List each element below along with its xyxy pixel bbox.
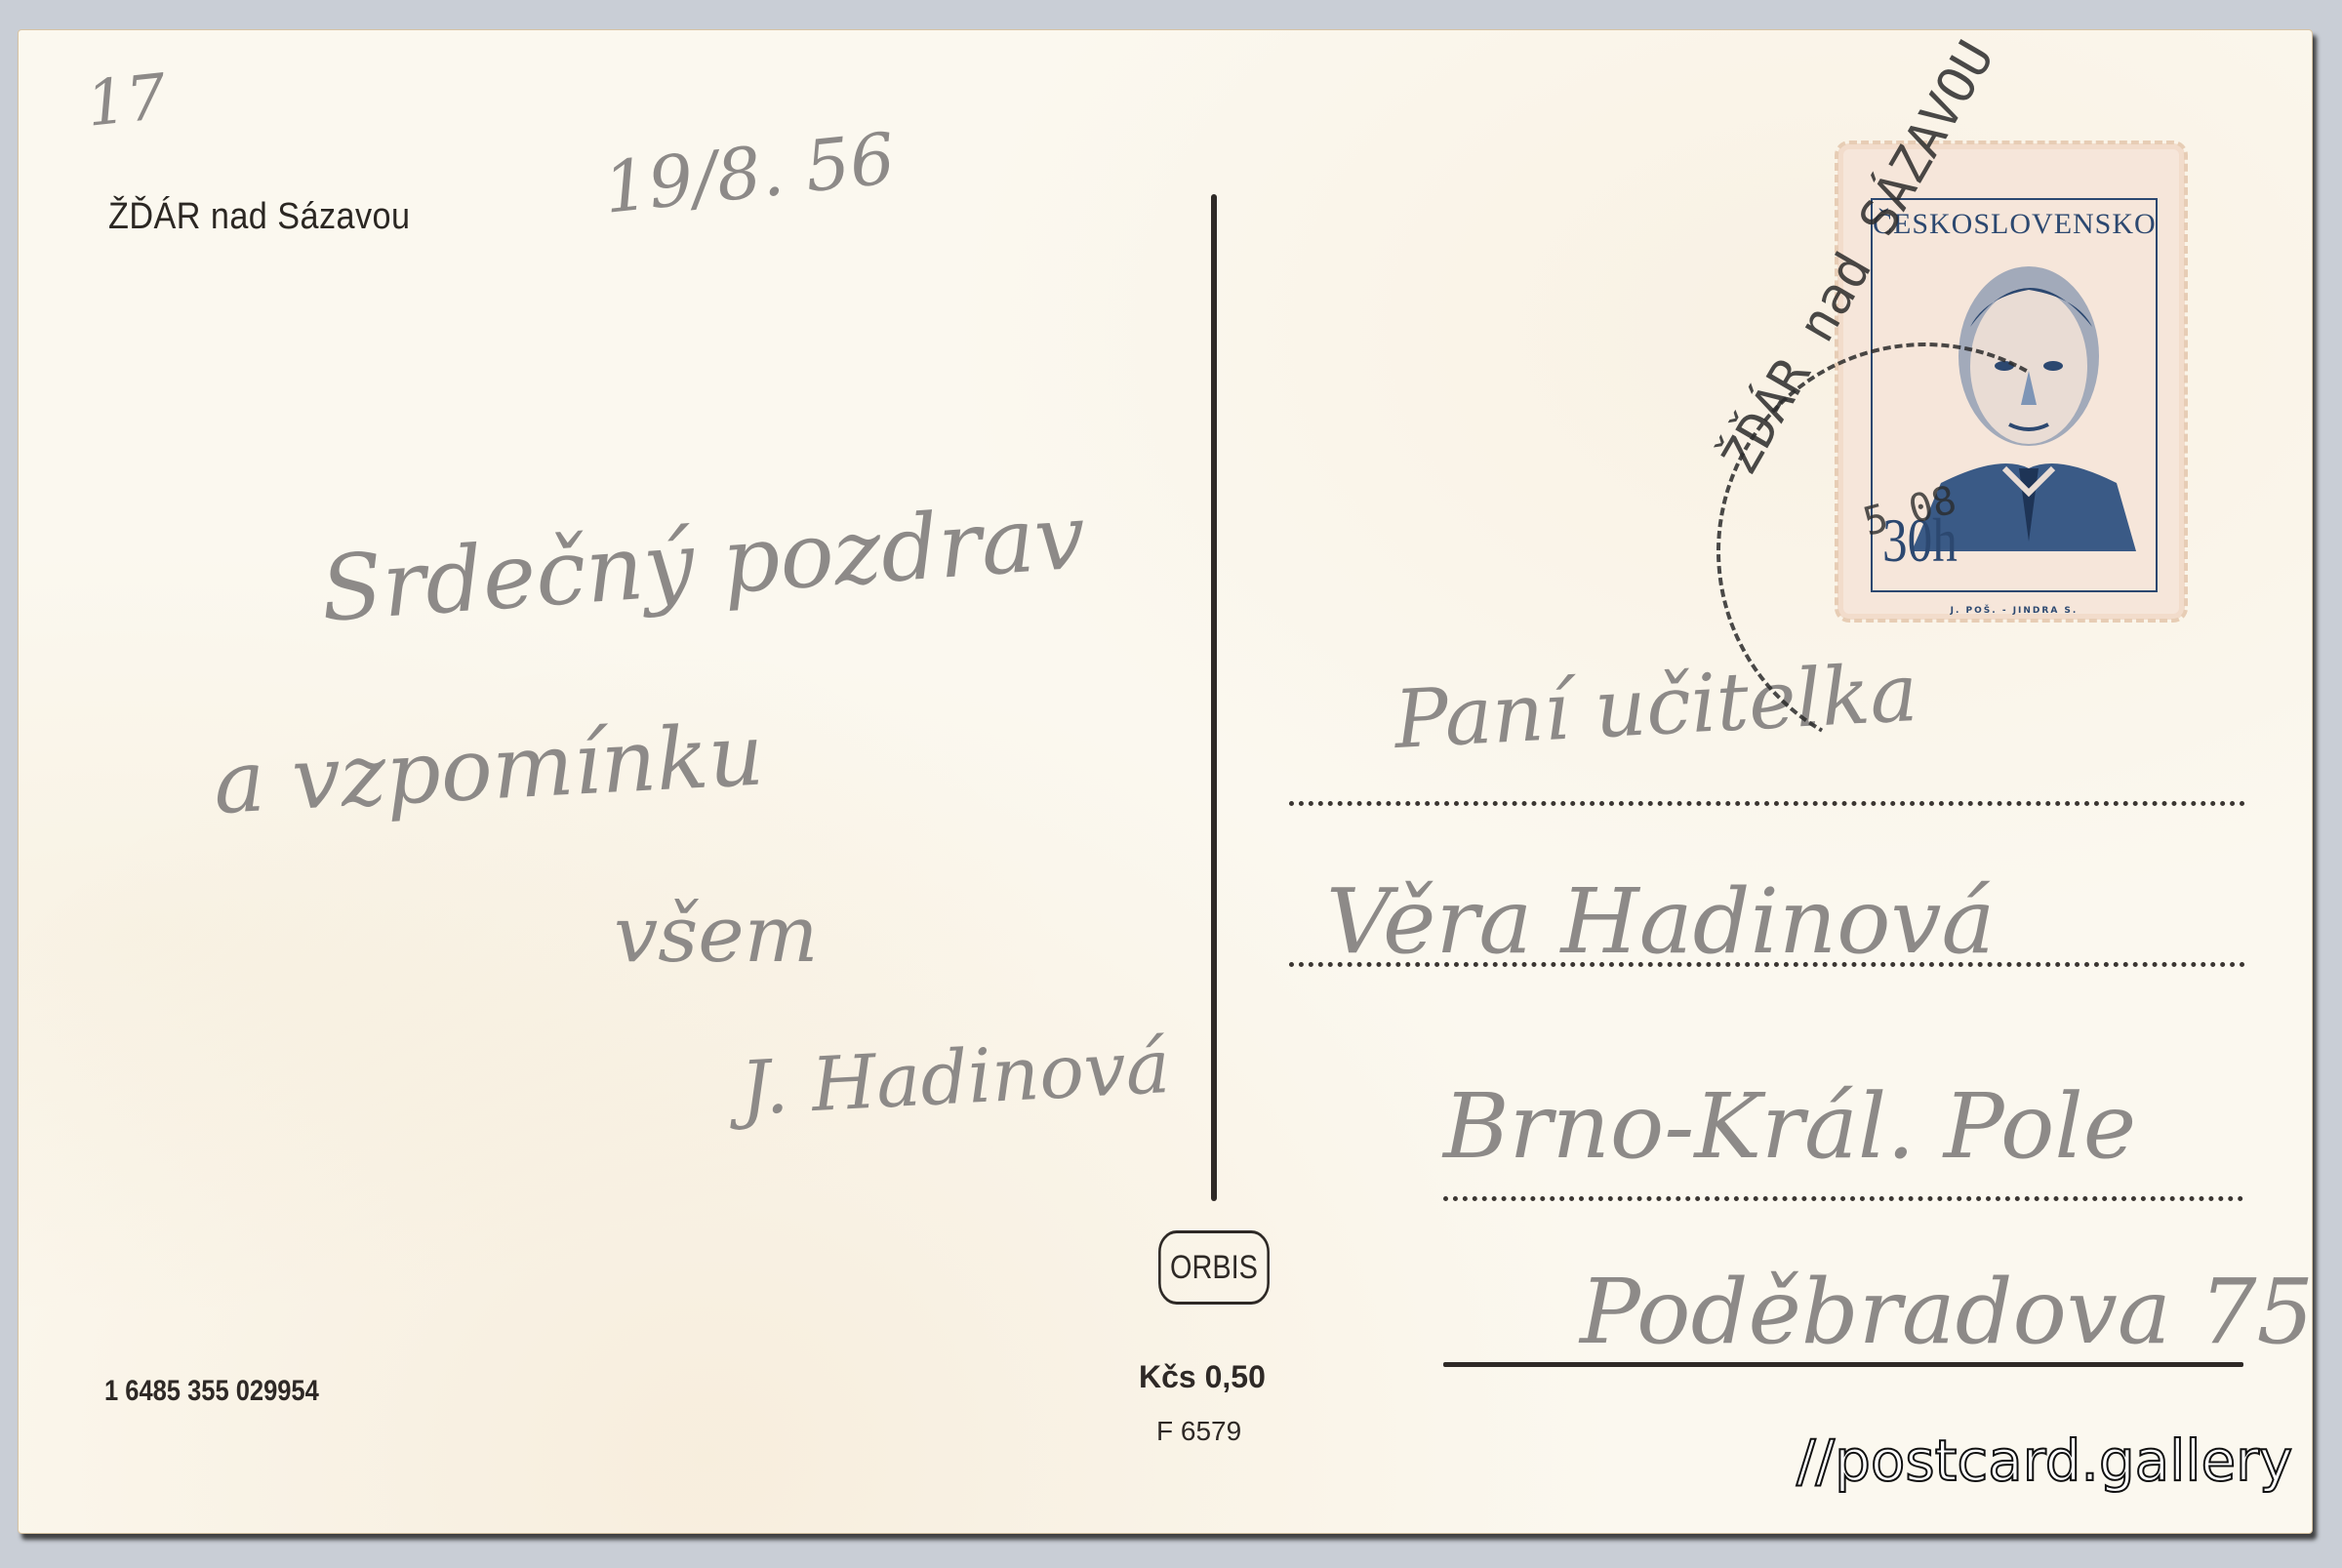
message-line-2: a vzpomínku: [211, 704, 766, 833]
address-line-3: Brno-Král. Pole: [1443, 1074, 2136, 1179]
price: Kčs 0,50: [1139, 1359, 1266, 1395]
serial-number: 1 6485 355 029954: [104, 1375, 319, 1408]
printed-title: ŽĎÁR nad Sázavou: [108, 196, 410, 238]
signature: J. Hadinová: [739, 1023, 1172, 1132]
address-rule-2: [1289, 962, 2245, 967]
postcard: 17 ŽĎÁR nad Sázavou 19/8. 56 Srdečný poz…: [18, 29, 2313, 1534]
catalog-code: F 6579: [1156, 1416, 1241, 1447]
address-rule-3: [1443, 1196, 2243, 1201]
message-line-1: Srdečný pozdrav: [317, 484, 1088, 641]
message-line-3: všem: [614, 889, 818, 980]
handwritten-date: 19/8. 56: [600, 117, 899, 229]
publisher-logo: ORBIS: [1158, 1230, 1270, 1305]
address-line-4: Poděbradova 75: [1580, 1260, 2314, 1364]
pencil-note-number: 17: [83, 61, 170, 141]
address-rule-1: [1289, 801, 2245, 806]
watermark-link[interactable]: //postcard.gallery: [1797, 1427, 2292, 1494]
address-line-2: Věra Hadinová: [1326, 869, 1995, 974]
address-rule-4: [1443, 1362, 2243, 1367]
divider-line: [1211, 194, 1217, 1201]
